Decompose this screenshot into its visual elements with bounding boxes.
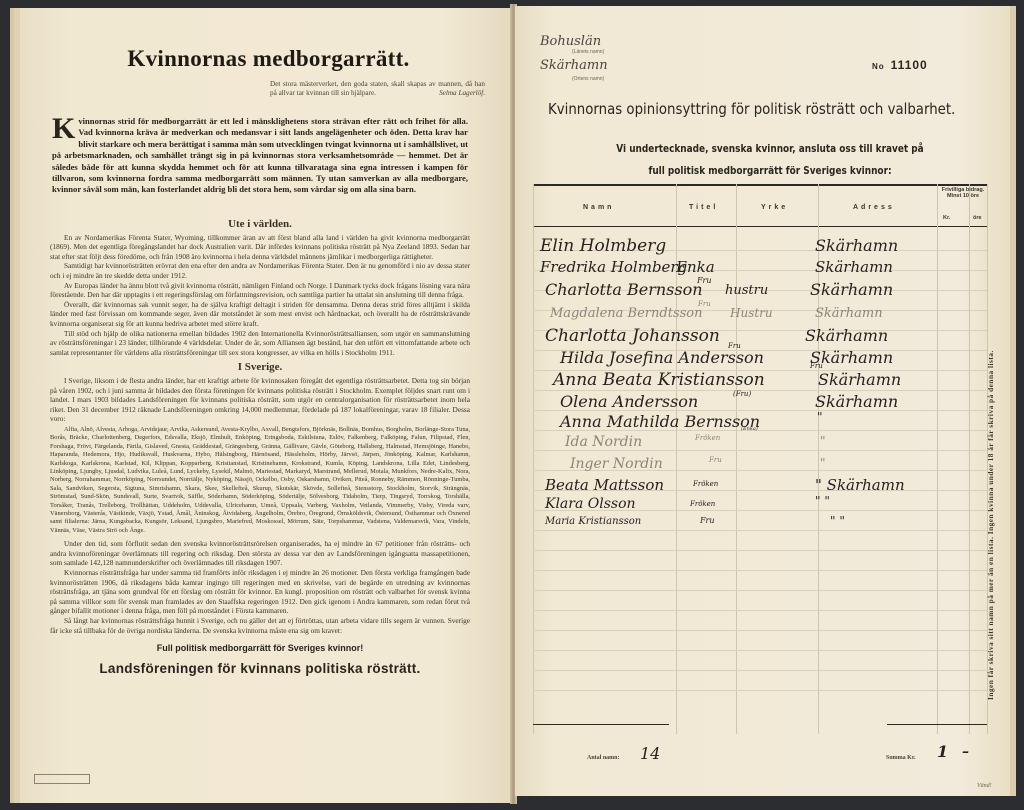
table-row-title: Fröken bbox=[693, 480, 718, 488]
left-page: Kvinnornas medborgarrätt. Det stora mäst… bbox=[14, 8, 517, 803]
table-row-title: Enka bbox=[676, 258, 715, 276]
header-contribution: Frivilliga bidrag. Minst 10 öre bbox=[938, 187, 988, 199]
row-line bbox=[533, 610, 987, 611]
row-line bbox=[533, 550, 987, 551]
table-row-name: Anna Mathilda Bernsson bbox=[560, 412, 760, 431]
paragraph: I Sverige, liksom i de flesta andra länd… bbox=[50, 376, 470, 424]
table-row-name: Elin Holmberg bbox=[540, 236, 666, 256]
left-page-title: Kvinnornas medborgarrätt. bbox=[20, 46, 517, 72]
table-row-name: Beata Mattsson bbox=[545, 476, 664, 494]
paragraph: Till stöd och hjälp de olika nationerna … bbox=[50, 329, 470, 358]
paragraph: Kvinnornas rösträttsfråga har under samm… bbox=[50, 568, 470, 616]
petition-title: Kvinnornas opinionsyttring för politisk … bbox=[548, 100, 955, 118]
serial-value: 11100 bbox=[891, 58, 928, 72]
table-row-address: Skärhamn bbox=[815, 306, 883, 321]
quote-author: Selma Lagerlöf. bbox=[439, 89, 485, 98]
row-line bbox=[533, 690, 987, 691]
table-row-name: Ida Nordin bbox=[565, 434, 642, 450]
town-list: Alfta, Alnö, Alvesta, Arboga, Arvidsjaur… bbox=[50, 426, 470, 535]
table-row-address: Skärhamn bbox=[805, 326, 888, 345]
table-row-address: " bbox=[820, 456, 826, 470]
table-row-address: Skärhamn bbox=[810, 280, 893, 299]
footer-rule-right bbox=[887, 724, 987, 725]
table-row-title: (Fru) bbox=[733, 390, 751, 398]
intro-paragraph: Kvinnornas strid för medborgarrätt är et… bbox=[52, 116, 468, 196]
town-label: (Ortens namn) bbox=[572, 76, 604, 82]
header-kr: Kr. bbox=[943, 215, 950, 221]
table-row-name: Inger Nordin bbox=[570, 456, 663, 472]
slogan: Full politisk medborgarrätt för Sveriges… bbox=[50, 644, 470, 654]
turn-over-note: Vänd! bbox=[977, 783, 992, 789]
col-divider bbox=[533, 184, 534, 734]
printer-stamp bbox=[34, 774, 90, 784]
table-row-name: Charlotta Bernsson bbox=[545, 280, 703, 299]
table-row-title: Fröken bbox=[695, 434, 720, 442]
side-instruction: Ingen får skriva sitt namn på mer än en … bbox=[986, 230, 1000, 700]
table-row-title: Fröken bbox=[690, 500, 715, 508]
paragraph: Under den tid, som förflutit sedan den s… bbox=[50, 539, 470, 568]
table-row-address: Skärhamn bbox=[815, 236, 898, 255]
row-line bbox=[533, 390, 987, 391]
table-row-address: Skärhamn bbox=[815, 258, 893, 276]
subtitle-line-1: Vi undertecknade, svenska kvinnor, anslu… bbox=[592, 138, 949, 160]
county-label: (Länets namn) bbox=[572, 49, 604, 55]
table-row-name: Charlotta Johansson bbox=[545, 326, 720, 346]
serial-prefix: No bbox=[872, 62, 885, 71]
row-line bbox=[533, 570, 987, 571]
header-address: Adress bbox=[853, 204, 895, 211]
table-row-name: Fredrika Holmberg bbox=[540, 258, 687, 276]
intro-text: vinnornas strid för medborgarrätt är ett… bbox=[52, 116, 468, 194]
table-row-address: Skärhamn bbox=[818, 370, 901, 389]
subtitle-line-2: full politisk medborgarrätt för Sveriges… bbox=[592, 160, 949, 182]
col-divider bbox=[937, 184, 938, 734]
col-divider bbox=[736, 184, 737, 734]
sum-ore: – bbox=[962, 744, 969, 760]
count-value: 14 bbox=[640, 744, 660, 763]
paragraph: Samtidigt har kvinnorösträtten erövrat d… bbox=[50, 261, 470, 280]
table-row-title: Fru bbox=[700, 516, 715, 525]
table-row-address: Skärhamn bbox=[815, 392, 898, 411]
table-row-occupation: Hustru bbox=[730, 306, 773, 320]
dropcap: K bbox=[52, 117, 75, 141]
table-row-address: " Skärhamn bbox=[815, 476, 905, 494]
header-title: Titel bbox=[689, 204, 718, 211]
left-body: Ute i världen. En av Nordamerikas Förent… bbox=[50, 214, 470, 673]
lagerlof-quote: Det stora mästerverket, den goda staten,… bbox=[270, 80, 485, 98]
header-occupation: Yrke bbox=[761, 204, 788, 211]
table-row-title: Fru bbox=[709, 456, 722, 464]
table-row-address: " " bbox=[815, 494, 830, 508]
footer-rule-left bbox=[533, 724, 669, 725]
table-row-title: (Enka) bbox=[741, 426, 758, 432]
section-heading-world: Ute i världen. bbox=[50, 220, 470, 230]
table-row-occupation: hustru bbox=[725, 283, 768, 298]
sum-kr: 1 bbox=[937, 742, 948, 761]
table-row-name: Olena Andersson bbox=[560, 392, 698, 411]
header-name: Namn bbox=[583, 204, 614, 211]
row-line bbox=[533, 590, 987, 591]
paragraph: En av Nordamerikas Förenta Stater, Wyomi… bbox=[50, 233, 470, 262]
header-bottom-rule bbox=[533, 226, 987, 227]
table-row-title: Fru bbox=[728, 342, 741, 350]
table-row-title: Fru bbox=[698, 300, 711, 308]
header-ore: öre bbox=[973, 215, 982, 221]
paragraph: Så långt har kvinnornas rösträttsfråga h… bbox=[50, 616, 470, 635]
county-handwritten: Bohuslän bbox=[540, 34, 601, 49]
table-row-name: Klara Olsson bbox=[545, 496, 636, 512]
town-handwritten: Skärhamn bbox=[540, 58, 608, 73]
table-row-name: Hilda Josefina Andersson bbox=[560, 348, 764, 367]
table-top-rule bbox=[533, 184, 987, 186]
row-line bbox=[533, 670, 987, 671]
row-line bbox=[533, 630, 987, 631]
col-divider bbox=[969, 184, 970, 734]
table-row-address: " bbox=[817, 410, 823, 424]
paragraph: Överallt, där kvinnornas sak vunnit sege… bbox=[50, 300, 470, 329]
serial-number: No11100 bbox=[872, 58, 928, 72]
petition-subtitle: Vi undertecknade, svenska kvinnor, anslu… bbox=[592, 138, 949, 182]
organization-name: Landsföreningen för kvinnans politiska r… bbox=[50, 664, 470, 674]
table-row-title: Fru bbox=[810, 362, 823, 370]
row-line bbox=[533, 450, 987, 451]
paragraph: Av Europas länder ha ännu blott två givi… bbox=[50, 281, 470, 300]
sum-label: Summa Kr. bbox=[886, 755, 915, 761]
table-row-name: Magdalena Berndtsson bbox=[550, 306, 702, 321]
table-row-title: Fru bbox=[697, 276, 712, 285]
section-heading-sweden: I Sverige. bbox=[50, 363, 470, 373]
side-instruction-text: Ingen får skriva sitt namn på mer än en … bbox=[986, 350, 995, 700]
table-row-address: " " bbox=[830, 514, 845, 528]
table-row-name: Anna Beata Kristiansson bbox=[553, 370, 765, 390]
table-row-address: " bbox=[820, 434, 826, 448]
row-line bbox=[533, 530, 987, 531]
row-line bbox=[533, 650, 987, 651]
count-label: Antal namn: bbox=[587, 755, 620, 761]
table-row-name: Maria Kristiansson bbox=[545, 516, 641, 527]
